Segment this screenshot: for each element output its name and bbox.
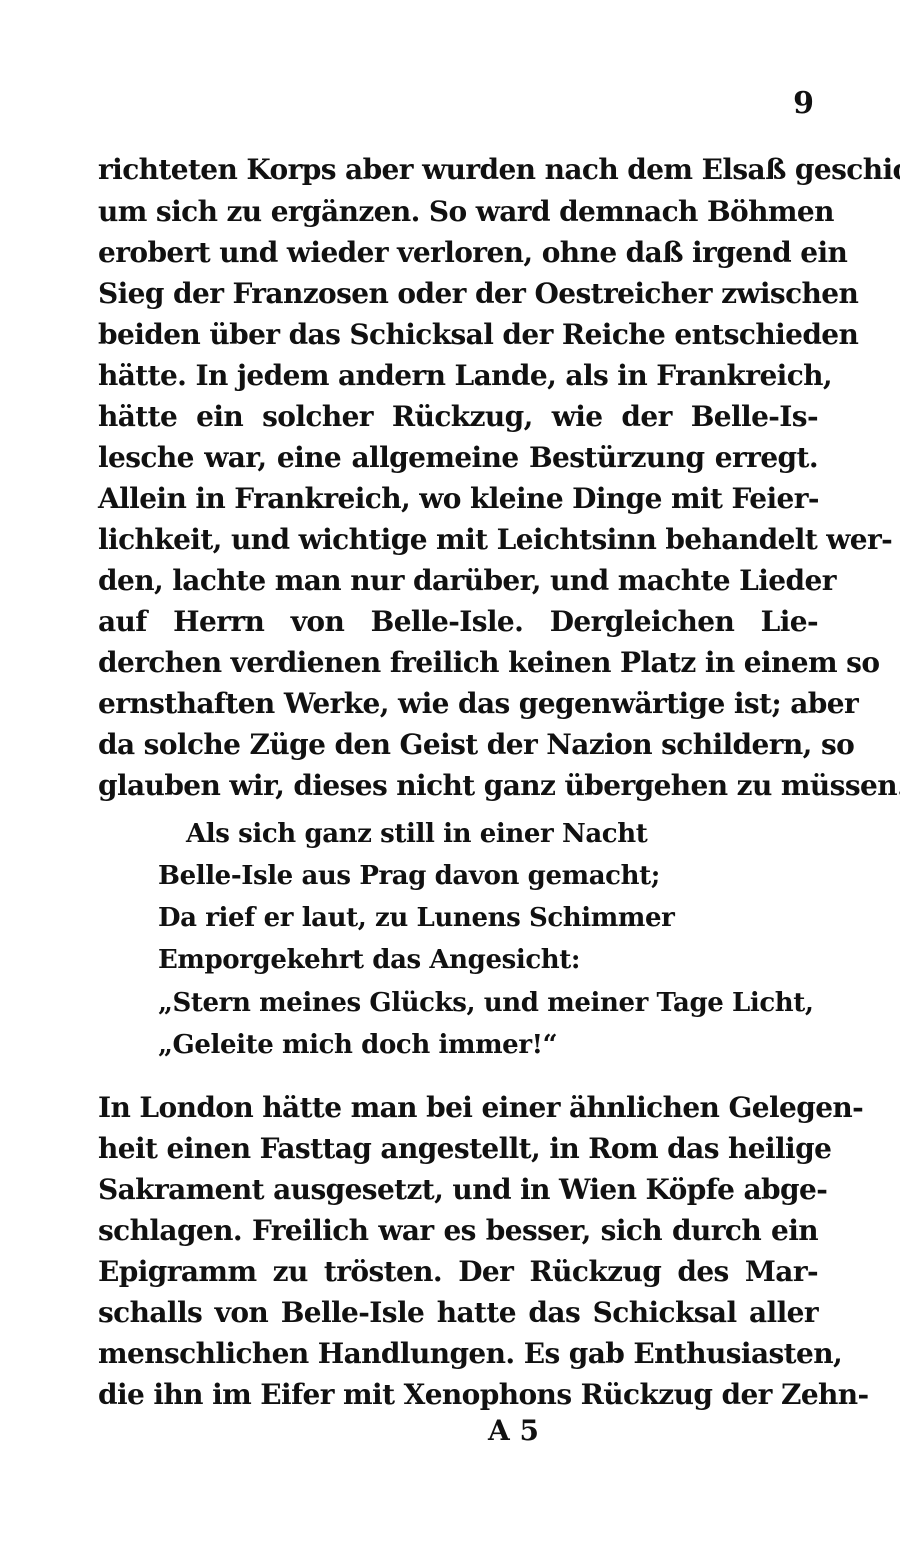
verse-line: Da rief er laut, zu Lunens Schimmer bbox=[158, 898, 674, 938]
text-line: Allein in Frankreich, wo kleine Dinge mi… bbox=[98, 479, 818, 519]
text-line: ernsthaften Werke, wie das gegenwärtige … bbox=[98, 684, 818, 724]
text-line: da solche Züge den Geist der Nazion schi… bbox=[98, 725, 818, 765]
verse-line: „Geleite mich doch immer!“ bbox=[158, 1025, 557, 1065]
text-line: beiden über das Schicksal der Reiche ent… bbox=[98, 315, 818, 355]
text-line: auf Herrn von Belle-Isle. Dergleichen Li… bbox=[98, 602, 818, 642]
text-line: die ihn im Eifer mit Xenophons Rückzug d… bbox=[98, 1375, 818, 1415]
verse-line: Als sich ganz still in einer Nacht bbox=[186, 814, 647, 854]
text-line: Epigramm zu trösten. Der Rückzug des Mar… bbox=[98, 1252, 818, 1292]
text-line: lichkeit, und wichtige mit Leichtsinn be… bbox=[98, 520, 818, 560]
text-line: hätte. In jedem andern Lande, als in Fra… bbox=[98, 356, 818, 396]
verse-line: „Stern meines Glücks, und meiner Tage Li… bbox=[158, 983, 814, 1023]
text-line: menschlichen Handlungen. Es gab Enthusia… bbox=[98, 1334, 818, 1374]
text-line: um sich zu ergänzen. So ward demnach Böh… bbox=[98, 192, 818, 232]
text-line: lesche war, eine allgemeine Bestürzung e… bbox=[98, 438, 818, 478]
page-number: 9 bbox=[793, 86, 814, 121]
text-line: hätte ein solcher Rückzug, wie der Belle… bbox=[98, 397, 818, 437]
text-line: erobert und wieder verloren, ohne daß ir… bbox=[98, 233, 818, 273]
verse-line: Emporgekehrt das Angesicht: bbox=[158, 940, 580, 980]
text-line: Sakrament ausgesetzt, und in Wien Köpfe … bbox=[98, 1170, 818, 1210]
book-page: 9 richteten Korps aber wurden nach dem E… bbox=[0, 0, 900, 1560]
text-line: schalls von Belle-Isle hatte das Schicks… bbox=[98, 1293, 818, 1333]
printer-signature-mark: A 5 bbox=[488, 1414, 539, 1447]
text-line: Sieg der Franzosen oder der Oestreicher … bbox=[98, 274, 818, 314]
text-line: In London hätte man bei einer ähnlichen … bbox=[98, 1088, 818, 1128]
text-line: derchen verdienen freilich keinen Platz … bbox=[98, 643, 818, 683]
verse-line: Belle-Isle aus Prag davon gemacht; bbox=[158, 856, 660, 896]
text-line: richteten Korps aber wurden nach dem Els… bbox=[98, 150, 818, 190]
text-line: glauben wir, dieses nicht ganz übergehen… bbox=[98, 766, 818, 806]
text-line: heit einen Fasttag angestellt, in Rom da… bbox=[98, 1129, 818, 1169]
text-line: schlagen. Freilich war es besser, sich d… bbox=[98, 1211, 818, 1251]
text-line: den, lachte man nur darüber, und machte … bbox=[98, 561, 818, 601]
